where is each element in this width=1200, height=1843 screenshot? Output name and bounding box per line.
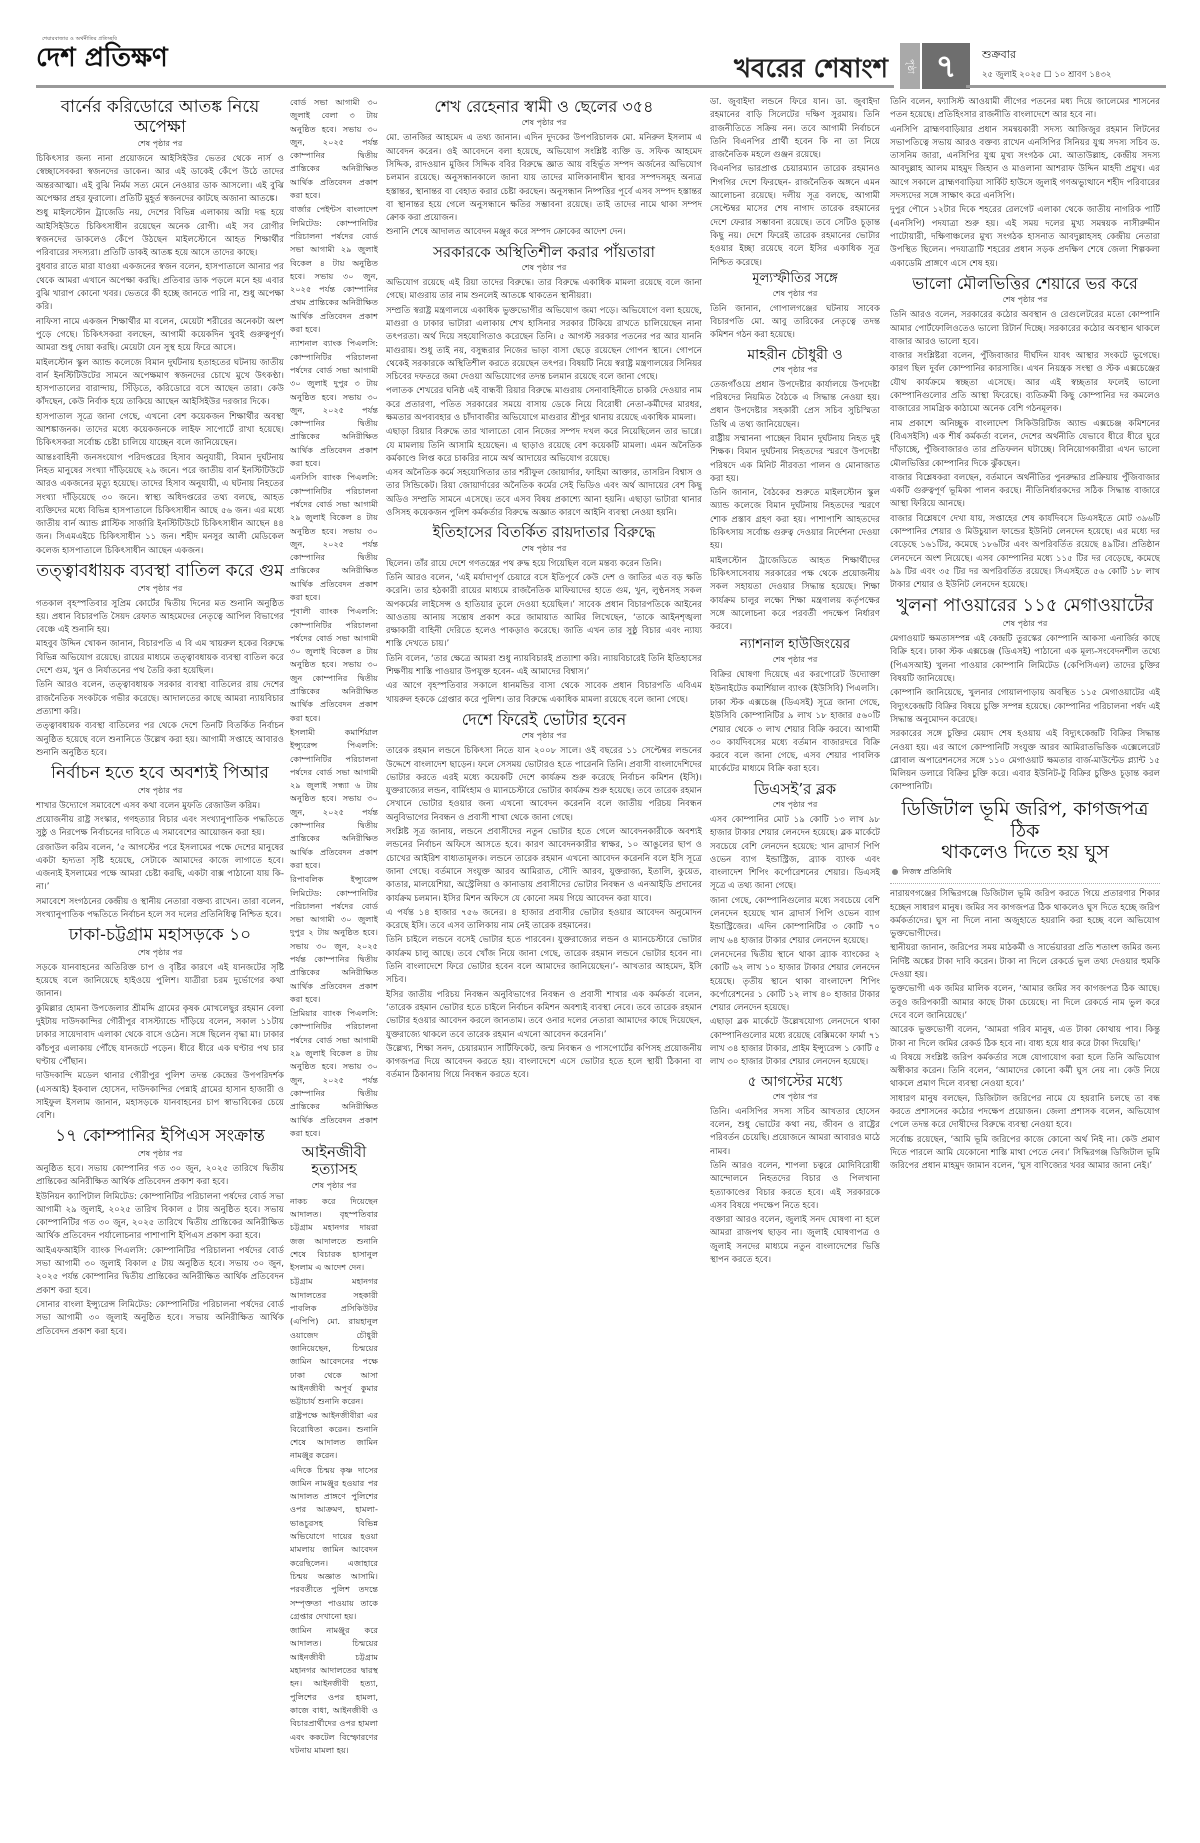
headline: দেশে ফিরেই ভোটার হবেন (386, 711, 702, 729)
article-ncp-rally: তিনি বলেন, ফ্যাসিস্ট আওয়ামী লীগের পতনের… (890, 96, 1160, 271)
paragraph: ঢাকা স্টক এক্সচেঞ্জ (ডিএসই) সূত্রে জানা … (710, 697, 880, 777)
byline-text: নিজস্ব প্রতিনিধি (902, 867, 952, 876)
article-sheikh-rehana: শেখ রেহেনার স্বামী ও ছেলের ৩৫৪ শেষ পৃষ্ঠ… (386, 98, 702, 240)
paragraph: আইএফআইসি ব্যাংক পিএলসি: কোম্পানিটির পরিচ… (36, 1245, 284, 1298)
section-title: খবরের শেষাংশ (626, 48, 888, 92)
paragraph: তিনি জানান, গোপালগঞ্জের ঘটনায় সাবেক বিচ… (710, 303, 880, 343)
continued-kicker: শেষ পৃষ্ঠার পর (290, 1180, 378, 1193)
paragraph: বোর্ড সভা আগামী ৩০ জুলাই বেলা ৩ টায় অনু… (290, 96, 378, 202)
headline: তত্ত্বাবধায়ক ব্যবস্থা বাতিল করে গুম (36, 562, 284, 582)
paragraph: শাখার উদ্যোগে সমাবেশে এসব কথা বলেন মুফতি… (36, 800, 284, 813)
paragraph: ভুক্তভোগী এক জমির মালিক বলেন, ‘আমার জমির… (890, 983, 1160, 1023)
continued-kicker: শেষ পৃষ্ঠার পর (36, 138, 284, 151)
article-caretaker: তত্ত্বাবধায়ক ব্যবস্থা বাতিল করে গুম শেষ… (36, 562, 284, 760)
paragraph: রেজাউল করিম বলেন, ‘৫ আগস্টের পরে ইসলামের… (36, 842, 284, 895)
paragraph: মাইলস্টোন স্কুল অ্যান্ড কলেজে বিমান দুর্… (36, 357, 284, 410)
paragraph: কুমিল্লার হোমনা উপজেলার শ্রীমদ্দি গ্রামে… (36, 1003, 284, 1069)
paragraph: বাজার বিশ্লেষকরা বলছেন, বর্তমানে অর্থনীত… (890, 472, 1160, 512)
paragraph: পূবালী ব্যাংক পিএলসি: কোম্পানিটির পরিচাল… (290, 605, 378, 725)
headline: ন্যাশনাল হাউজিংয়ের (710, 638, 880, 653)
paragraph: হাসপাতাল সূত্রে জানা গেছে, এখনো বেশ কয়ে… (36, 411, 284, 451)
article-burn-corridor: বার্নের করিডোরে আতঙ্ক নিয়ে অপেক্ষা শেষ … (36, 98, 284, 558)
paragraph: সড়কে যানবাহনের অতিরিক্ত চাপ ও বৃষ্টির ক… (36, 962, 284, 1002)
date-block: শুক্রবার ২৫ জুলাই ২০২৫ ☐ ১০ শ্রাবণ ১৪৩২ (982, 46, 1182, 82)
paragraph: সরকারের সঙ্গে চুক্তির মেয়াদ শেষ হওয়ায়… (890, 728, 1160, 794)
paragraph: সম্প্রতি স্বরাষ্ট্র মন্ত্রণালয়ে একাধিক … (386, 305, 702, 385)
paragraph: বিক্রির ঘোষণা দিয়েছে এর করপোরেট উদ্যোক্… (710, 669, 880, 696)
paragraph: তিনি বলেন, ‘তার ক্ষেত্রে আমরা শুধু ন্যায… (386, 653, 702, 680)
paragraph: প্রিমিয়ার ব্যাংক পিএলসি: কোম্পানিটির পর… (290, 1007, 378, 1140)
headline: বার্নের করিডোরে আতঙ্ক নিয়ে অপেক্ষা (36, 98, 284, 137)
paragraph: ন্যাশনাল ব্যাংক পিএলসি: কোম্পানিটির পরিচ… (290, 337, 378, 470)
paragraph: তেজগাঁওয়ে প্রধান উপদেষ্টার কার্যালয়ে উ… (710, 379, 880, 432)
continued-kicker: শেষ পৃষ্ঠার পর (36, 1148, 284, 1161)
article-pr-election: নির্বাচন হতে হবে অবশ্যই পিআর শেষ পৃষ্ঠার… (36, 764, 284, 922)
paragraph: গতকাল বৃহস্পতিবার সুপ্রিম কোর্টের দ্বিতী… (36, 598, 284, 638)
headline: ১৭ কোম্পানির ইপিএস সংক্রান্ত (36, 1127, 284, 1147)
paragraph: এনসিপি ব্রাহ্মণবাড়িয়ার প্রধান সমন্বয়ক… (890, 124, 1160, 204)
page-number: ৭ (922, 43, 970, 89)
paragraph: সংশ্লিষ্ট সূত্র জানায়, লন্ডনে প্রবাসীদে… (386, 826, 702, 906)
paragraph: মাহবুব উদ্দিন খোকন জানান, বিচারপতি এ বি … (36, 638, 284, 678)
headline: ডিএসই’র ব্লক (710, 781, 880, 798)
brand-name: দেশ প্রতিক্ষণ (36, 44, 168, 72)
narrow-middle-column: ডা. জুবাইদা লন্ডনে ফিরে যান। ডা. জুবাইদা… (710, 96, 880, 1841)
paragraph: তিনি চাইলে লন্ডনে বসেই ভোটার হতে পারবেন।… (386, 934, 702, 987)
paragraph: এনসিসি ব্যাংক পিএলসি: কোম্পানিটির পরিচাল… (290, 471, 378, 604)
continued-kicker: শেষ পৃষ্ঠার পর (36, 947, 284, 960)
headline-line-2: থাকলেও দিতে হয় ঘুস (941, 841, 1109, 863)
byline: নিজস্ব প্রতিনিধি (892, 866, 1160, 879)
right-wide-column: তিনি বলেন, ফ্যাসিস্ট আওয়ামী লীগের পতনের… (890, 96, 1160, 1841)
article-return-vote: দেশে ফিরেই ভোটার হবেন শেষ পৃষ্ঠার পর তার… (386, 711, 702, 1083)
left-wide-column: বার্নের করিডোরে আতঙ্ক নিয়ে অপেক্ষা শেষ … (36, 96, 284, 1841)
paragraph: নাফিসা নামে একজন শিক্ষার্থীর মা বলেন, মে… (36, 316, 284, 356)
paragraph: চট্টগ্রাম মহানগর আদালতের সহকারী পাবলিক প… (290, 1275, 378, 1408)
paragraph: এ বিষয়ে সংশ্লিষ্ট জরিপ কর্মকর্তার সঙ্গে… (890, 1052, 1160, 1092)
paragraph: প্রয়োজনীয় রাষ্ট্র সংস্কার, গণহত্যার বি… (36, 814, 284, 841)
issue-date: ২৫ জুলাই ২০২৫ ☐ ১০ শ্রাবণ ১৪৩২ (982, 68, 1182, 82)
article-good-fundamentals: ভালো মৌলভিত্তির শেয়ারে ভর করে শেষ পৃষ্ঠ… (890, 275, 1160, 593)
paragraph: তিনি আরও বলেন, শাপলা চত্বরে মোদিবিরোধী আ… (710, 1160, 880, 1213)
headline: ইতিহাসের বিতর্কিত রায়দাতার বিরুদ্ধে (386, 524, 702, 541)
paragraph: দাউদকান্দি মডেল থানার গৌরীপুর পুলিশ তদন্… (36, 1070, 284, 1123)
continued-kicker: শেষ পৃষ্ঠার পর (36, 583, 284, 596)
paragraph: জামিন নামঞ্জুর করে আদালত। চিন্ময়ের আইনজ… (290, 1624, 378, 1757)
paragraph: অভিযোগ রয়েছে এই রিয়া তাদের বিরুদ্ধে। ত… (386, 277, 702, 304)
headline: মূল্যস্ফীতির সঙ্গে (710, 272, 880, 287)
narrow-board-column: বোর্ড সভা আগামী ৩০ জুলাই বেলা ৩ টায় অনু… (290, 96, 378, 1841)
paragraph: চিকিৎসার জন্য নানা প্রয়োজনে আইসিইউর ভেত… (36, 153, 284, 206)
bullet-icon (892, 869, 898, 875)
divider (890, 883, 1160, 884)
article-khulna-power: খুলনা পাওয়ারের ১১৫ মেগাওয়াটের শেষ পৃষ্… (890, 596, 1160, 794)
paragraph: বক্তারা আরও বলেন, জুলাই সনদ ঘোষণা না হলে… (710, 1214, 880, 1267)
paragraph: এসব অনৈতিক কর্মে সহযোগিতার তার শরীফুল জো… (386, 467, 702, 520)
continued-kicker: শেষ পৃষ্ঠার পর (710, 654, 880, 667)
headline: ভালো মৌলভিত্তির শেয়ারে ভর করে (890, 275, 1160, 293)
paragraph: তিনি বলেন, ফ্যাসিস্ট আওয়ামী লীগের পতনের… (890, 96, 1160, 123)
page-label: পৃষ্ঠা (900, 43, 920, 89)
headline: ৫ আগস্টের মধ্যে (710, 1074, 880, 1090)
paragraph: লেনদেনের দ্বিতীয় স্থানে থাকা ব্র্যাক ব্… (710, 949, 880, 1015)
paragraph: স্থানীয়রা জানান, জরিপের সময় মাঠকর্মী ও… (890, 942, 1160, 982)
continued-kicker: শেষ পৃষ্ঠার পর (386, 543, 702, 556)
headline: ডিজিটাল ভূমি জরিপ, কাগজপত্র ঠিক থাকলেও দ… (890, 799, 1160, 865)
article-dse-block: ডিএসই’র ব্লক শেষ পৃষ্ঠার পর এসব কোম্পানি… (710, 781, 880, 1070)
headline: সরকারকে অস্থিতিশীল করার পাঁয়তারা (386, 244, 702, 261)
paragraph: এসব কোম্পানির মোট ১৯ কোটি ১৩ লাখ ৯৮ হাজা… (710, 814, 880, 894)
paragraph: এ পর্যন্ত ১৪ হাজার ৭৫৬ জনের। ৪ হাজার প্র… (386, 907, 702, 934)
continued-kicker: শেষ পৃষ্ঠার পর (36, 785, 284, 798)
continued-kicker: শেষ পৃষ্ঠার পর (710, 1091, 880, 1104)
paragraph: নারায়ণগঞ্জের সিদ্ধিরগঞ্জে ডিজিটাল ভূমি … (890, 888, 1160, 941)
paragraph: রাষ্ট্রীয় সম্মাননা পাচ্ছেন বিমান দুর্ঘট… (710, 433, 880, 486)
paragraph: এর আগে বৃহস্পতিবার সকালে ধানমন্ডির বাসা … (386, 680, 702, 707)
continued-kicker: শেষ পৃষ্ঠার পর (710, 799, 880, 812)
paragraph: তিনি। এনসিপির সদস্য সচিব আখতার হোসেন বলে… (710, 1106, 880, 1159)
article-lawyer-murder: আইনজীবী হত্যাসহ শেষ পৃষ্ঠার পর নাকচ করে … (290, 1144, 378, 1757)
article-aug5: ৫ আগস্টের মধ্যে শেষ পৃষ্ঠার পর তিনি। এনস… (710, 1074, 880, 1268)
continued-kicker: শেষ পৃষ্ঠার পর (710, 288, 880, 301)
paragraph: বিএনপির ভারপ্রাপ্ত চেয়ারম্যান তারেক রহম… (710, 163, 880, 269)
paragraph: শুধু মাইলস্টোন ট্রাজেডি নয়, দেশের বিভিন… (36, 207, 284, 260)
weekday: শুক্রবার (982, 46, 1182, 65)
paragraph: মেগাওয়াট ক্ষমতাসম্পন্ন এই কেন্দ্রটি তুর… (890, 633, 1160, 686)
article-govt-destabilize: সরকারকে অস্থিতিশীল করার পাঁয়তারা শেষ পৃ… (386, 244, 702, 521)
paragraph: জানা গেছে, কোম্পানিগুলোর মধ্যে সবচেয়ে ব… (710, 895, 880, 948)
paragraph: তিনি জানান, বৈঠকের শুরুতে মাইলস্টোন স্কু… (710, 487, 880, 553)
paragraph: এছাড়া ব্লক মার্কেটে উল্লেখযোগ্য লেনদেনে… (710, 1016, 880, 1069)
paragraph: ইসলামী কমার্শিয়াল ইন্স্যুরেন্স পিএলসি: … (290, 726, 378, 872)
paragraph: তত্ত্বাবধায়ক ব্যবস্থা বাতিলের পর থেকে দ… (36, 720, 284, 760)
paragraph: উল্লেখ্য, শিক্ষা সনদ, চেয়ারম্যান সার্টি… (386, 1043, 702, 1083)
paragraph: ইউনিয়ন ক্যাপিটাল লিমিটেড: কোম্পানিটির প… (36, 1191, 284, 1244)
paragraph: আরেক ভুক্তভোগী বলেন, ‘আমরা গরিব মানুষ, এ… (890, 1024, 1160, 1051)
article-ipo-17: ১৭ কোম্পানির ইপিএস সংক্রান্ত শেষ পৃষ্ঠার… (36, 1127, 284, 1338)
masthead-rule (36, 85, 260, 88)
paragraph: বাজার সংশ্লিষ্টরা বলেন, পুঁজিবাজার দীর্ঘ… (890, 350, 1160, 416)
headline-line-1: ডিজিটাল ভূমি জরিপ, কাগজপত্র ঠিক (901, 798, 1148, 842)
article-national-housing: ন্যাশনাল হাউজিংয়ের শেষ পৃষ্ঠার পর বিক্র… (710, 638, 880, 776)
article-history-verdict: ইতিহাসের বিতর্কিত রায়দাতার বিরুদ্ধে শেষ… (386, 524, 702, 707)
paragraph: মো. তানজির আহমেদ এ তথ্য জানান। এদিন দুদক… (386, 132, 702, 225)
paragraph: বাজার বিশ্লেষণে দেখা যায়, সপ্তাহের শেষ … (890, 513, 1160, 593)
article-digital-land: ডিজিটাল ভূমি জরিপ, কাগজপত্র ঠিক থাকলেও দ… (890, 799, 1160, 1174)
paragraph: ছিলেন। তাঁর রায়ে দেশে গণতন্ত্রের পথ রুদ… (386, 558, 702, 571)
headline: খুলনা পাওয়ারের ১১৫ মেগাওয়াটের (890, 596, 1160, 617)
headline: আইনজীবী হত্যাসহ (290, 1144, 378, 1179)
paragraph: মাইলস্টোন ট্রাজেডিতে আহত শিক্ষার্থীদের চ… (710, 555, 880, 635)
paragraph: এদিকে চিন্ময় কৃষ্ণ দাসের জামিন নামঞ্জুর… (290, 1464, 378, 1624)
paragraph: কোম্পানি জানিয়েছে, খুলনার গোয়ালপাড়ায়… (890, 687, 1160, 727)
paragraph: তিনি আরও বলেন, ‘এই মর্যাদাপূর্ণ চেয়ারে … (386, 572, 702, 652)
continued-kicker: শেষ পৃষ্ঠার পর (710, 364, 880, 377)
continued-kicker: শেষ পৃষ্ঠার পর (386, 117, 702, 130)
paragraph: এছাড়া রিয়ার বিরুদ্ধে তার খালাতো বোন নি… (386, 426, 702, 466)
headline: ঢাকা-চট্টগ্রাম মহাসড়কে ১০ (36, 926, 284, 946)
headline: শেখ রেহেনার স্বামী ও ছেলের ৩৫৪ (386, 98, 702, 116)
continued-kicker: শেষ পৃষ্ঠার পর (386, 730, 702, 743)
paragraph: অনুষ্ঠিত হবে। সভায় কোম্পানির গত ৩০ জুন,… (36, 1163, 284, 1190)
middle-wide-column: শেখ রেহেনার স্বামী ও ছেলের ৩৫৪ শেষ পৃষ্ঠ… (386, 96, 702, 1841)
paragraph: শুনানি শেষে আদালত আবেদন মঞ্জুর করে সম্পদ… (386, 226, 702, 239)
paragraph: দুপুর পৌনে ১২টার দিকে শহরের রেলগেট এলাকা… (890, 204, 1160, 270)
headline: নির্বাচন হতে হবে অবশ্যই পিআর (36, 764, 284, 784)
continued-kicker: শেষ পৃষ্ঠার পর (386, 262, 702, 275)
paragraph: বুধবার রাতে মারা যাওয়া একজনের স্বজন বলে… (36, 261, 284, 314)
paragraph: রিপাবলিক ইন্স্যুরেন্স লিমিটেড: কোম্পানিট… (290, 873, 378, 1006)
paragraph: নাকচ করে দিয়েছেন আদালত। বৃহস্পতিবার চট্… (290, 1195, 378, 1275)
newspaper-logo: শেয়ারবাজার ও অর্থনীতির প্রতিচ্ছবি দেশ প… (36, 36, 168, 72)
paragraph: ডা. জুবাইদা লন্ডনে ফিরে যান। ডা. জুবাইদা… (710, 96, 880, 162)
paragraph: রাষ্ট্রপক্ষে আইনজীবীরা এর বিরোধিতা করেন।… (290, 1409, 378, 1462)
paragraph: নাম প্রকাশে অনিচ্ছুক বাংলাদেশ সিকিউরিটিজ… (890, 418, 1160, 471)
paragraph: ইসির জাতীয় পরিচয় নিবন্ধন অনুবিভাগের নি… (386, 989, 702, 1042)
paragraph: সাধারণ মানুষ বলছেন, ডিজিটাল জরিপের নামে … (890, 1093, 1160, 1133)
paragraph: বার্জার পেইন্টস বাংলাদেশ লিমিটেড: কোম্পা… (290, 203, 378, 336)
paragraph: সমাবেশে সংগঠনের কেন্দ্রীয় ও স্থানীয় নে… (36, 896, 284, 923)
headline: মাহরীন চৌধুরী ও (710, 347, 880, 363)
paragraph: সর্বোচ্চ রয়েছেন, ‘আমি ভূমি জরিপের কাজে … (890, 1134, 1160, 1174)
paragraph: আন্তঃবাহিনী জনসংযোগ পরিদপ্তরের হিসাব অনু… (36, 452, 284, 558)
continued-kicker: শেষ পৃষ্ঠার পর (890, 618, 1160, 631)
paragraph: তিনি আরও বলেন, সরকারের কঠোর অবস্থান ও রে… (890, 309, 1160, 349)
masthead: শেয়ারবাজার ও অর্থনীতির প্রতিচ্ছবি দেশ প… (36, 36, 1166, 86)
continued-kicker: শেষ পৃষ্ঠার পর (890, 294, 1160, 307)
article-mahrin: মাহরীন চৌধুরী ও শেষ পৃষ্ঠার পর তেজগাঁওয়… (710, 347, 880, 635)
paragraph: সোনার বাংলা ইন্স্যুরেন্স লিমিটেড: কোম্পা… (36, 1299, 284, 1339)
masthead-rule (966, 85, 1166, 88)
paragraph: পলাতক শেখরের ঘনিষ্ঠ এই বান্ধবী রিয়ার বি… (386, 385, 702, 425)
paragraph: তারেক রহমান লন্ডনে চিকিৎসা নিতে যান ২০০৮… (386, 745, 702, 825)
paragraph: তিনি আরও বলেন, তত্ত্বাবধায়ক সরকার ব্যবস… (36, 679, 284, 719)
article-inflation: মূল্যস্ফীতির সঙ্গে শেষ পৃষ্ঠার পর তিনি জ… (710, 272, 880, 343)
article-dhaka-ctg: ঢাকা-চট্টগ্রাম মহাসড়কে ১০ শেষ পৃষ্ঠার প… (36, 926, 284, 1123)
